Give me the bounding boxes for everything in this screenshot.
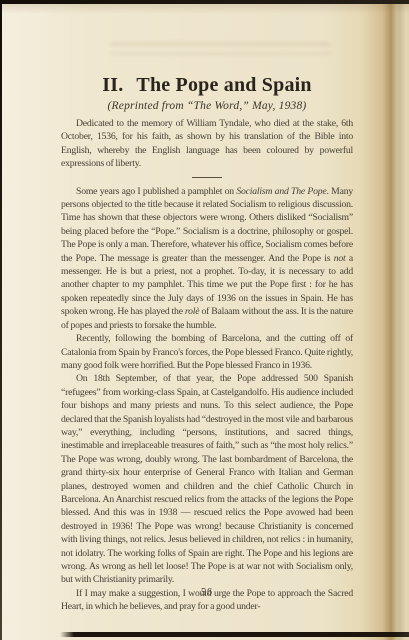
body-paragraph: Recently, following the bombing of Barce… xyxy=(61,332,353,372)
chapter-header: II.The Pope and Spain (Reprinted from “T… xyxy=(61,74,353,112)
page-number: 56 xyxy=(61,587,353,598)
italic-phrase: not xyxy=(334,253,346,264)
page-gutter-shadow xyxy=(367,0,409,640)
scanned-book-page-screenshot: { "page": { "colors": { "paper": "#efe7c… xyxy=(0,0,409,640)
section-divider xyxy=(192,177,222,178)
scan-edge-left xyxy=(0,0,2,640)
italic-phrase: Socialism and The Pope xyxy=(236,186,326,197)
chapter-title: II.The Pope and Spain xyxy=(61,74,353,97)
chapter-number: II. xyxy=(102,74,123,96)
text-run: . Many persons objected to the title bec… xyxy=(61,186,353,264)
text-run: Some years ago I published a pamphlet on xyxy=(76,186,236,197)
book-page: II.The Pope and Spain (Reprinted from “T… xyxy=(0,0,409,640)
chapter-title-text: The Pope and Spain xyxy=(136,74,311,96)
body-paragraph: Some years ago I published a pamphlet on… xyxy=(61,185,353,332)
page-content: II.The Pope and Spain (Reprinted from “T… xyxy=(61,0,353,640)
dedication-paragraph: Dedicated to the memory of William Tynda… xyxy=(61,117,353,171)
italic-phrase: rolè xyxy=(185,306,199,317)
reprint-source-line: (Reprinted from “The Word,” May, 1938) xyxy=(61,100,353,112)
text-run: On 18th September, of that year, the Pop… xyxy=(61,373,353,585)
body-paragraphs: Some years ago I published a pamphlet on… xyxy=(61,185,353,614)
body-paragraph: On 18th September, of that year, the Pop… xyxy=(61,372,353,587)
text-run: Recently, following the bombing of Barce… xyxy=(61,333,353,371)
